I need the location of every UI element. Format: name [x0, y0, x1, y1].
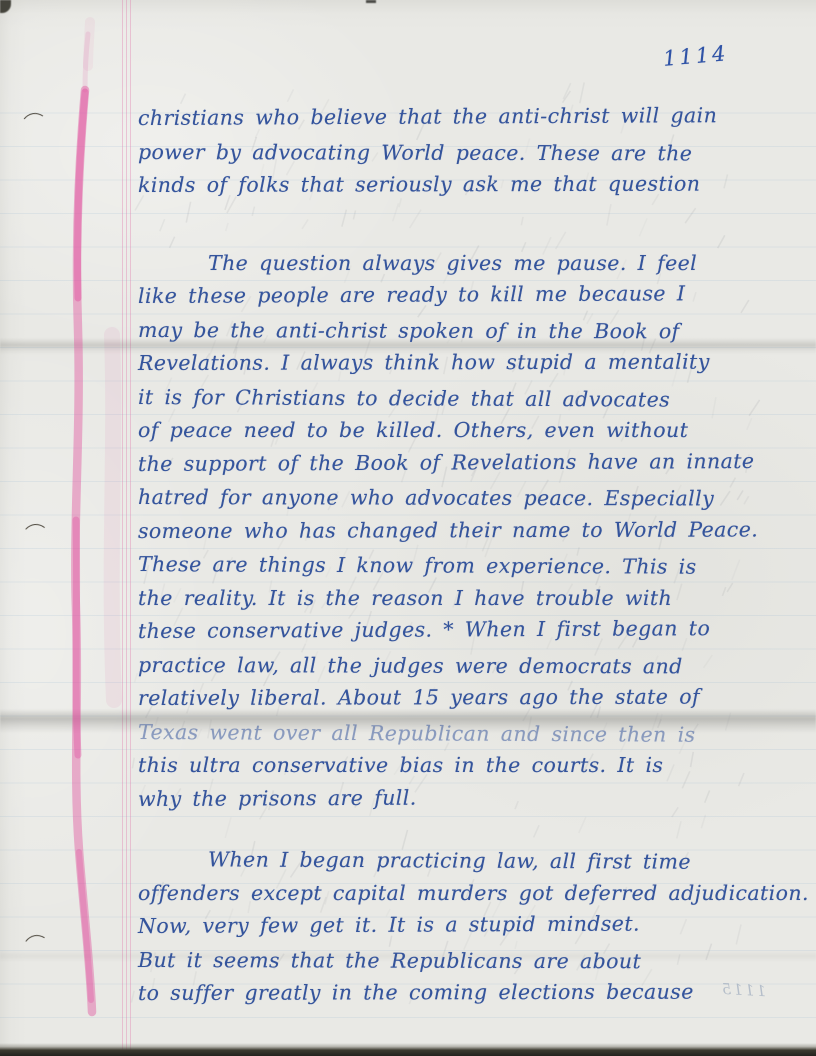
hole-punch [21, 523, 51, 553]
handwritten-line: someone who has changed their name to Wo… [138, 513, 778, 548]
handwritten-line: these conservative judges. * When I firs… [138, 612, 778, 649]
handwritten-line: Texas went over all Republican and since… [138, 716, 778, 753]
paragraph: When I began practicing law, all first t… [138, 843, 778, 1011]
paragraph: The question always gives me pause. I fe… [138, 247, 778, 817]
handwritten-line: the support of the Book of Revelations h… [138, 444, 778, 481]
handwritten-line: it is for Christians to decide that all … [138, 381, 778, 418]
handwritten-line: may be the anti-christ spoken of in the … [138, 314, 778, 349]
handwritten-line: to suffer greatly in the coming election… [138, 975, 778, 1010]
paragraph: christians who believe that the anti-chr… [138, 102, 778, 203]
page-number: 1114 [662, 41, 729, 71]
bleed-through-page-number: 1115 [720, 980, 767, 1000]
handwritten-line: Revelations. I always think how stupid a… [138, 345, 778, 380]
scan-edge-artifact [366, 0, 376, 3]
handwritten-line: this ultra conservative bias in the cour… [138, 749, 778, 783]
handwritten-line: When I began practicing law, all first t… [138, 843, 778, 880]
hole-punch [21, 933, 54, 966]
handwritten-line: christians who believe that the anti-chr… [138, 99, 778, 136]
handwritten-line: These are things I know from experience.… [138, 548, 778, 585]
handwritten-line: relatively liberal. About 15 years ago t… [138, 680, 778, 715]
handwritten-line: of peace need to be killed. Others, even… [138, 414, 778, 448]
handwritten-line: why the prisons are full. [138, 779, 778, 816]
handwritten-line: Now, very few get it. It is a stupid min… [138, 907, 778, 944]
handwritten-line: hatred for anyone who advocates peace. E… [138, 481, 778, 516]
handwritten-line: offenders except capital murders got def… [138, 877, 778, 911]
margin-rule-line [122, 0, 133, 1056]
handwritten-line: the reality. It is the reason I have tro… [138, 582, 778, 616]
handwritten-line: like these people are ready to kill me b… [138, 277, 778, 314]
scan-corner-artifact [0, 0, 11, 13]
letter-body: christians who believe that the anti-chr… [138, 102, 778, 1011]
scanned-letter-page: 1114 christians who believe that the ant… [0, 0, 816, 1056]
handwritten-line: kinds of folks that seriously ask me tha… [138, 167, 778, 202]
handwritten-line: The question always gives me pause. I fe… [138, 247, 778, 281]
hole-punch [19, 111, 51, 143]
handwritten-line: power by advocating World peace. These a… [138, 136, 778, 171]
handwritten-line: practice law, all the judges were democr… [138, 649, 778, 684]
handwritten-line: But it seems that the Republicans are ab… [138, 944, 778, 979]
scan-bottom-edge-shadow [0, 1043, 816, 1056]
